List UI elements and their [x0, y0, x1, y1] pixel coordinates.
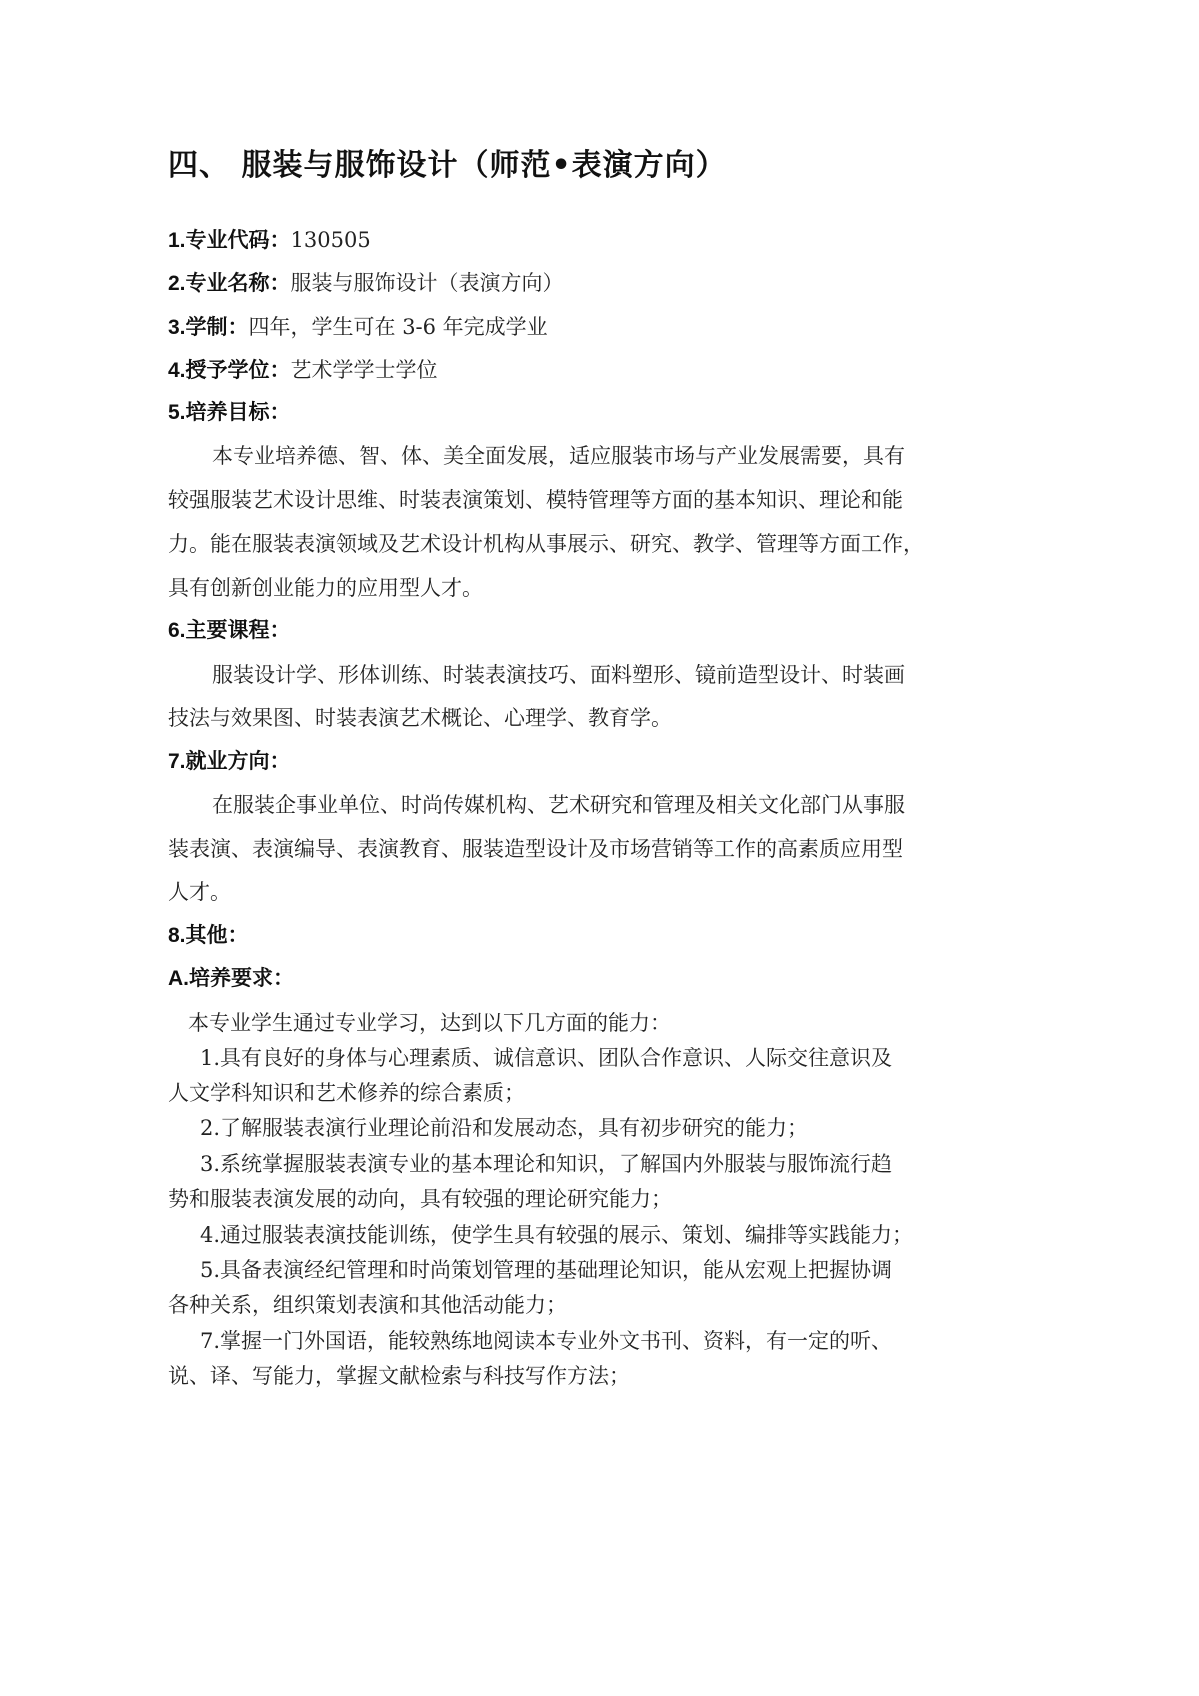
section-heading-career: 7.就业方向：	[168, 747, 291, 777]
field-value: 服装与服饰设计（表演方向）	[291, 271, 564, 295]
requirement-item-cont: 势和服装表演发展的动向，具有较强的理论研究能力；	[168, 1184, 672, 1214]
requirement-item: 3.系统掌握服装表演专业的基本理论和知识，了解国内外服装与服饰流行趋	[200, 1149, 892, 1179]
requirement-item: 5.具备表演经纪管理和时尚策划管理的基础理论知识，能从宏观上把握协调	[200, 1255, 892, 1285]
field-value: 四年，学生可在 3-6 年完成学业	[249, 315, 548, 339]
section-heading-courses: 6.主要课程：	[168, 616, 291, 646]
requirements-intro: 本专业学生通过专业学习，达到以下几方面的能力：	[188, 1008, 671, 1038]
paragraph-line: 在服装企事业单位、时尚传媒机构、艺术研究和管理及相关文化部门从事服	[212, 790, 905, 820]
paragraph-line: 人才。	[168, 877, 231, 907]
requirement-item-cont: 各种关系，组织策划表演和其他活动能力；	[168, 1290, 567, 1320]
document-page: 四、 服装与服饰设计（师范•表演方向） 1.专业代码：130505 2.专业名称…	[0, 0, 1199, 1696]
field-degree: 4.授予学位：艺术学学士学位	[168, 355, 438, 386]
field-duration: 3.学制：四年，学生可在 3-6 年完成学业	[168, 312, 548, 343]
field-major-code: 1.专业代码：130505	[168, 225, 371, 256]
paragraph-line: 具有创新创业能力的应用型人才。	[168, 573, 483, 603]
section-heading-goal: 5.培养目标：	[168, 398, 291, 428]
paragraph-line: 服装设计学、形体训练、时装表演技巧、面料塑形、镜前造型设计、时装画	[212, 660, 905, 690]
paragraph-line: 本专业培养德、智、体、美全面发展，适应服装市场与产业发展需要，具有	[212, 441, 905, 471]
section-heading-other: 8.其他：	[168, 921, 249, 951]
paragraph-line: 力。能在服装表演领域及艺术设计机构从事展示、研究、教学、管理等方面工作，	[168, 529, 924, 559]
requirement-item: 4.通过服装表演技能训练，使学生具有较强的展示、策划、编排等实践能力；	[200, 1220, 913, 1250]
requirement-item: 1.具有良好的身体与心理素质、诚信意识、团队合作意识、人际交往意识及	[200, 1043, 892, 1073]
requirement-item: 7.掌握一门外国语，能较熟练地阅读本专业外文书刊、资料，有一定的听、	[200, 1326, 892, 1356]
requirement-item-cont: 人文学科知识和艺术修养的综合素质；	[168, 1078, 525, 1108]
field-label: 1.专业代码：	[168, 229, 291, 252]
requirement-item-cont: 说、译、写能力，掌握文献检索与科技写作方法；	[168, 1361, 630, 1391]
field-label: 2.专业名称：	[168, 272, 291, 295]
field-major-name: 2.专业名称：服装与服饰设计（表演方向）	[168, 268, 564, 299]
paragraph-line: 较强服装艺术设计思维、时装表演策划、模特管理等方面的基本知识、理论和能	[168, 485, 903, 515]
field-label: 4.授予学位：	[168, 359, 291, 382]
subheading-requirements: A.培养要求：	[168, 964, 294, 994]
paragraph-line: 技法与效果图、时装表演艺术概论、心理学、教育学。	[168, 703, 672, 733]
field-value: 130505	[291, 228, 371, 252]
paragraph-line: 装表演、表演编导、表演教育、服装造型设计及市场营销等工作的高素质应用型	[168, 834, 903, 864]
field-label: 3.学制：	[168, 316, 249, 339]
field-value: 艺术学学士学位	[291, 358, 438, 382]
requirement-item: 2.了解服装表演行业理论前沿和发展动态，具有初步研究的能力；	[200, 1113, 808, 1143]
page-title: 四、 服装与服饰设计（师范•表演方向）	[168, 140, 727, 184]
